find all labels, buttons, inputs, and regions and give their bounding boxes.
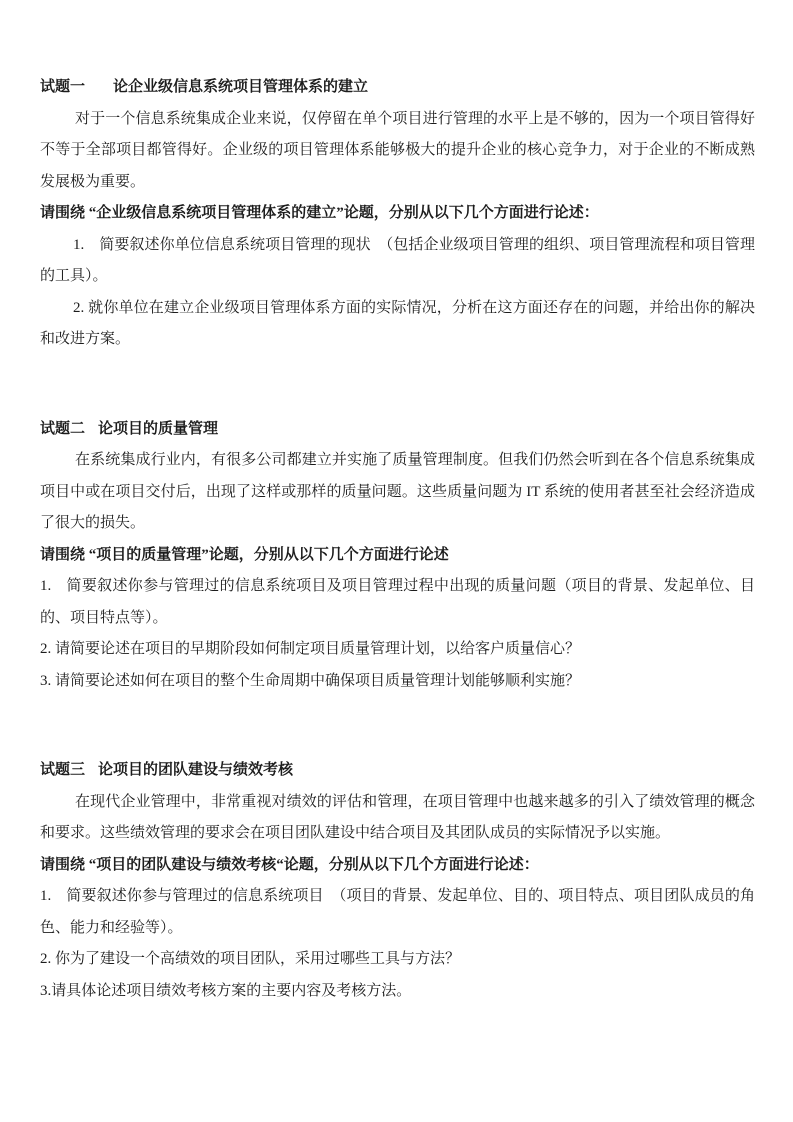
document-page: 试题一论企业级信息系统项目管理体系的建立 对于一个信息系统集成企业来说，仅停留在… (0, 0, 793, 1122)
intro-paragraph: 在现代企业管理中，非常重视对绩效的评估和管理，在项目管理中也越来越多的引入了绩效… (40, 787, 755, 850)
prompt-line: 请围绕 “企业级信息系统项目管理体系的建立”论题，分别从以下几个方面进行论述： (40, 198, 755, 230)
exam-label: 试题一 (40, 79, 85, 95)
question-item: 3. 请简要论述如何在项目的整个生命周期中确保项目质量管理计划能够顺利实施？ (40, 666, 755, 698)
prompt-line: 请围绕 “项目的质量管理”论题，分别从以下几个方面进行论述 (40, 540, 755, 572)
prompt-line: 请围绕 “项目的团队建设与绩效考核“论题，分别从以下几个方面进行论述： (40, 850, 755, 882)
exam-title: 论项目的团队建设与绩效考核 (98, 762, 293, 778)
exam-section-3: 试题三论项目的团队建设与绩效考核 在现代企业管理中，非常重视对绩效的评估和管理，… (40, 755, 755, 1007)
exam-label: 试题二 (40, 421, 85, 437)
intro-paragraph: 对于一个信息系统集成企业来说，仅停留在单个项目进行管理的水平上是不够的，因为一个… (40, 104, 755, 199)
question-item: 2. 请简要论述在项目的早期阶段如何制定项目质量管理计划，以给客户质量信心？ (40, 634, 755, 666)
section-heading: 试题一论企业级信息系统项目管理体系的建立 (40, 72, 755, 104)
intro-paragraph: 在系统集成行业内，有很多公司都建立并实施了质量管理制度。但我们仍然会听到在各个信… (40, 445, 755, 540)
question-item: 1. 简要叙述你单位信息系统项目管理的现状 （包括企业级项目管理的组织、项目管理… (40, 230, 755, 293)
question-item: 2. 你为了建设一个高绩效的项目团队，采用过哪些工具与方法？ (40, 944, 755, 976)
exam-section-2: 试题二论项目的质量管理 在系统集成行业内，有很多公司都建立并实施了质量管理制度。… (40, 414, 755, 698)
question-item: 3.请具体论述项目绩效考核方案的主要内容及考核方法。 (40, 976, 755, 1008)
exam-title: 论企业级信息系统项目管理体系的建立 (113, 79, 368, 95)
document-content: 试题一论企业级信息系统项目管理体系的建立 对于一个信息系统集成企业来说，仅停留在… (0, 0, 793, 1007)
question-item: 1. 简要叙述你参与管理过的信息系统项目及项目管理过程中出现的质量问题（项目的背… (40, 571, 755, 634)
exam-label: 试题三 (40, 762, 85, 778)
question-item: 1. 简要叙述你参与管理过的信息系统项目 （项目的背景、发起单位、目的、项目特点… (40, 881, 755, 944)
section-heading: 试题二论项目的质量管理 (40, 414, 755, 446)
exam-title: 论项目的质量管理 (98, 421, 218, 437)
section-heading: 试题三论项目的团队建设与绩效考核 (40, 755, 755, 787)
exam-section-1: 试题一论企业级信息系统项目管理体系的建立 对于一个信息系统集成企业来说，仅停留在… (40, 72, 755, 356)
question-item: 2. 就你单位在建立企业级项目管理体系方面的实际情况，分析在这方面还存在的问题，… (40, 293, 755, 356)
